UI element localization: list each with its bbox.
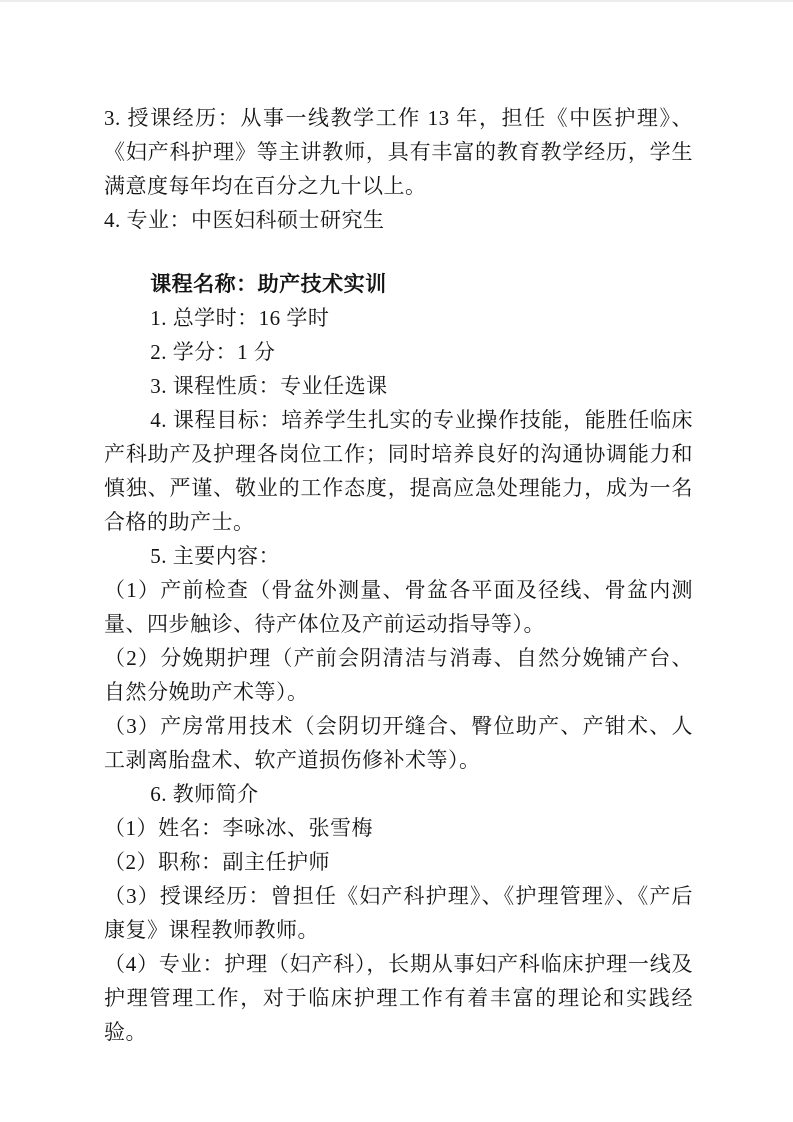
para-course-objectives: 4. 课程目标：培养学生扎实的专业操作技能，能胜任临床产科助产及护理各岗位工作；… bbox=[104, 403, 693, 539]
para-credits: 2. 学分：1 分 bbox=[104, 335, 693, 369]
para-teacher-major: （4）专业：护理（妇产科），长期从事妇产科临床护理一线及护理管理工作，对于临床护… bbox=[104, 947, 693, 1049]
para-total-hours: 1. 总学时：16 学时 bbox=[104, 301, 693, 335]
para-teacher-names: （1）姓名：李咏冰、张雪梅 bbox=[104, 811, 693, 845]
document-body: 3. 授课经历：从事一线教学工作 13 年，担任《中医护理》、《妇产科护理》等主… bbox=[104, 101, 693, 1049]
a4-page: 3. 授课经历：从事一线教学工作 13 年，担任《中医护理》、《妇产科护理》等主… bbox=[0, 0, 793, 1122]
para-major: 4. 专业：中医妇科硕士研究生 bbox=[104, 203, 693, 237]
para-content-item-delivery-care: （2）分娩期护理（产前会阴清洁与消毒、自然分娩铺产台、自然分娩助产术等）。 bbox=[104, 641, 693, 709]
para-teacher-experience: （3）授课经历：曾担任《妇产科护理》、《护理管理》、《产后康复》课程教师教师。 bbox=[104, 879, 693, 947]
para-course-type: 3. 课程性质：专业任选课 bbox=[104, 369, 693, 403]
para-teacher-title: （2）职称：副主任护师 bbox=[104, 845, 693, 879]
para-teacher-intro-label: 6. 教师简介 bbox=[104, 777, 693, 811]
course-name-heading: 课程名称：助产技术实训 bbox=[104, 267, 693, 301]
para-content-item-delivery-room-techniques: （3）产房常用技术（会阴切开缝合、臀位助产、产钳术、人工剥离胎盘术、软产道损伤修… bbox=[104, 709, 693, 777]
para-main-content-label: 5. 主要内容： bbox=[104, 539, 693, 573]
para-teaching-experience: 3. 授课经历：从事一线教学工作 13 年，担任《中医护理》、《妇产科护理》等主… bbox=[104, 101, 693, 203]
para-content-item-prenatal-exam: （1）产前检查（骨盆外测量、骨盆各平面及径线、骨盆内测量、四步触诊、待产体位及产… bbox=[104, 573, 693, 641]
